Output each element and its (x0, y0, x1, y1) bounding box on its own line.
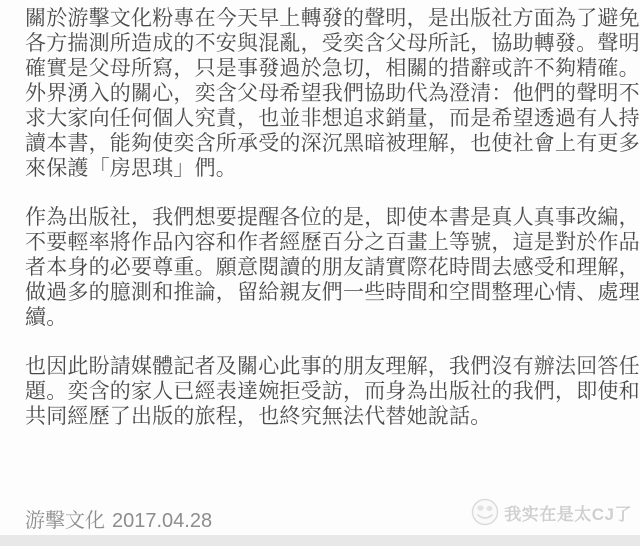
statement-text: 關於游擊文化粉專在今天早上轉發的聲明，是出版社方面為了避免當下 各方揣測所造成的… (25, 6, 620, 453)
text-line: 共同經歷了出版的旅程，也終究無法代替她說話。 (25, 404, 620, 429)
text-line: 來保護「房思琪」們。 (25, 156, 620, 181)
footer-row: 游擊文化2017.04.28 我实在是太CJ了 (0, 496, 640, 536)
text-line: 各方揣測所造成的不安與混亂，受奕含父母所託，協助轉發。聲明內容 (25, 31, 620, 56)
paragraph-2: 作為出版社，我們想要提醒各位的是，即使本書是真人真事改編，也請 不要輕率將作品內… (25, 205, 620, 330)
text-line: 讀本書，能夠使奕含所承受的深沉黑暗被理解，也使社會上有更多力量 (25, 131, 620, 156)
watermark-text: 我实在是太CJ了 (504, 500, 632, 525)
post-date: 2017.04.28 (112, 510, 212, 532)
text-line: 確實是父母所寫，只是事發過於急切，相關的措辭或許不夠精確。面對 (25, 56, 620, 81)
text-line: 題。奕含的家人已經表達婉拒受訪，而身為出版社的我們，即使和奕含 (25, 379, 620, 404)
paragraph-3: 也因此盼請媒體記者及關心此事的朋友理解，我們沒有辦法回答任何問 題。奕含的家人已… (25, 354, 620, 429)
text-line: 外界湧入的關心，奕含父母希望我們協助代為澄清：他們的聲明不是要 (25, 81, 620, 106)
paragraph-1: 關於游擊文化粉專在今天早上轉發的聲明，是出版社方面為了避免當下 各方揣測所造成的… (25, 6, 620, 181)
cj-logo-icon (471, 498, 499, 526)
text-line: 也因此盼請媒體記者及關心此事的朋友理解，我們沒有辦法回答任何問 (25, 354, 620, 379)
bottom-edge-strip (0, 535, 640, 546)
text-line: 求大家向任何個人究責，也並非想追求銷量，而是希望透過有人持續閱 (25, 106, 620, 131)
watermark: 我实在是太CJ了 (471, 498, 632, 526)
text-line: 關於游擊文化粉專在今天早上轉發的聲明，是出版社方面為了避免當下 (25, 6, 620, 31)
statement-page: 關於游擊文化粉專在今天早上轉發的聲明，是出版社方面為了避免當下 各方揣測所造成的… (0, 0, 640, 546)
text-line: 作為出版社，我們想要提醒各位的是，即使本書是真人真事改編，也請 (25, 205, 620, 230)
text-line: 不要輕率將作品內容和作者經歷百分之百畫上等號，這是對於作品和作 (25, 230, 620, 255)
text-line: 續。 (25, 305, 620, 330)
publisher-name: 游擊文化 (25, 510, 105, 532)
text-line: 者本身的必要尊重。願意閱讀的朋友請實際花時間去感受和理解，不要 (25, 255, 620, 280)
signature: 游擊文化2017.04.28 (25, 504, 212, 533)
text-line: 做過多的臆測和推論，留給親友們一些時間和空間整理心情、處理後 (25, 280, 620, 305)
